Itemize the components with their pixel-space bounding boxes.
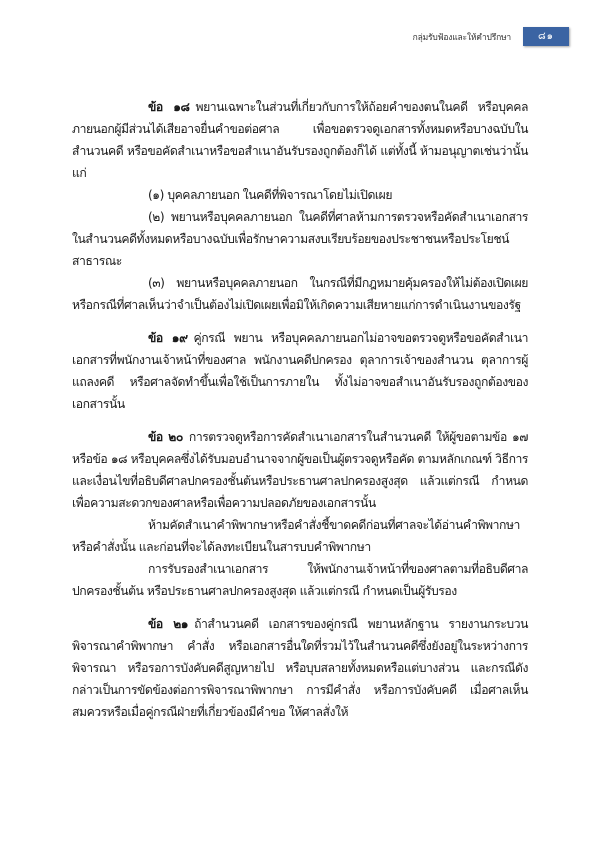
page-header: กลุ่มรับฟ้องและให้คำปรึกษา ๘๑ bbox=[413, 27, 569, 46]
clause-20: ข้อ ๒๐การตรวจดูหรือการคัดสำเนาเอกสารในสำ… bbox=[72, 426, 528, 514]
clause-21: ข้อ ๒๑ถ้าสำนวนคดี เอกสารของคู่กรณี พยานห… bbox=[72, 613, 528, 723]
clause-text: พยานเฉพาะในส่วนที่เกี่ยวกับการให้ถ้อยคำข… bbox=[72, 100, 528, 180]
page-number-badge: ๘๑ bbox=[523, 27, 569, 46]
document-body: ข้อ ๑๘พยานเฉพาะในส่วนที่เกี่ยวกับการให้ถ… bbox=[72, 96, 528, 723]
clause-label: ข้อ ๒๐ bbox=[148, 430, 183, 444]
clause-18-item-2: (๒) พยานหรือบุคคลภายนอก ในคดีที่ศาลห้ามก… bbox=[72, 206, 528, 272]
clause-text: คู่กรณี พยาน หรือบุคคลภายนอกไม่อาจขอตรวจ… bbox=[72, 331, 528, 411]
clause-label: ข้อ ๑๙ bbox=[148, 331, 188, 345]
clause-text: การตรวจดูหรือการคัดสำเนาเอกสารในสำนวนคดี… bbox=[72, 430, 528, 510]
clause-text: ถ้าสำนวนคดี เอกสารของคู่กรณี พยานหลักฐาน… bbox=[72, 617, 528, 719]
section-title: กลุ่มรับฟ้องและให้คำปรึกษา bbox=[413, 30, 511, 44]
clause-18-item-3: (๓) พยานหรือบุคคลภายนอก ในกรณีที่มีกฎหมา… bbox=[72, 272, 528, 316]
clause-label: ข้อ ๒๑ bbox=[148, 617, 188, 631]
clause-19: ข้อ ๑๙คู่กรณี พยาน หรือบุคคลภายนอกไม่อาจ… bbox=[72, 327, 528, 415]
clause-18-item-1: (๑) บุคคลภายนอก ในคดีที่พิจารณาโดยไม่เปิ… bbox=[72, 184, 528, 206]
clause-18: ข้อ ๑๘พยานเฉพาะในส่วนที่เกี่ยวกับการให้ถ… bbox=[72, 96, 528, 184]
clause-20-paragraph-3: การรับรองสำเนาเอกสาร ให้พนักงานเจ้าหน้าท… bbox=[72, 558, 528, 602]
clause-label: ข้อ ๑๘ bbox=[148, 100, 190, 114]
clause-20-paragraph-2: ห้ามคัดสำเนาคำพิพากษาหรือคำสั่งชี้ขาดคดี… bbox=[72, 514, 528, 558]
